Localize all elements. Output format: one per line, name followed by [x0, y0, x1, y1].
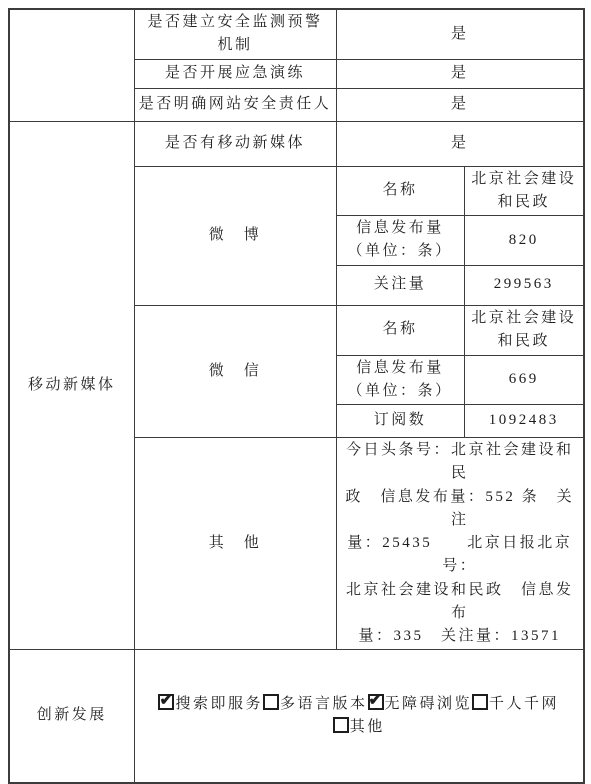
section-label-innovation: 创新发展 [9, 650, 134, 783]
checkbox-icon [263, 694, 279, 710]
checkbox-label: 千人千网 [489, 696, 559, 712]
checkbox-item-personalization: 千人千网 [472, 696, 559, 712]
field-label-wechat-name: 名称 [336, 305, 464, 355]
question-value-has-mobile-media: 是 [336, 121, 584, 166]
field-label-weibo-name: 名称 [336, 166, 464, 216]
field-label-weibo-posts: 信息发布量 （单位：条） [336, 216, 464, 266]
table-row: 创新发展 搜索即服务多语言版本无障碍浏览千人千网其他 [9, 650, 584, 783]
question-label-has-mobile-media: 是否有移动新媒体 [134, 121, 336, 166]
field-label-weibo-followers: 关注量 [336, 265, 464, 305]
field-value-weibo-name: 北京社会建设 和民政 [464, 166, 584, 216]
table-row: 是否建立安全监测预警 机制 是 [9, 9, 584, 59]
checkbox-label: 其他 [350, 719, 385, 735]
field-label-wechat-posts: 信息发布量 （单位：条） [336, 355, 464, 405]
field-value-wechat-name: 北京社会建设 和民政 [464, 305, 584, 355]
checkbox-item-other: 其他 [333, 719, 385, 735]
platform-label-weibo: 微 博 [134, 166, 336, 305]
question-value-security-monitoring: 是 [336, 9, 584, 59]
checkbox-label: 多语言版本 [280, 696, 368, 712]
checkbox-item-accessibility: 无障碍浏览 [368, 696, 473, 712]
annual-report-table: 是否建立安全监测预警 机制 是 是否开展应急演练 是 是否明确网站安全责任人 是… [8, 8, 585, 784]
report-page: 是否建立安全监测预警 机制 是 是否开展应急演练 是 是否明确网站安全责任人 是… [0, 0, 591, 686]
checkbox-icon [472, 694, 488, 710]
field-value-wechat-posts: 669 [464, 355, 584, 405]
field-value-wechat-subscribers: 1092483 [464, 405, 584, 438]
question-label-emergency-drill: 是否开展应急演练 [134, 59, 336, 88]
checkbox-icon [158, 694, 174, 710]
question-value-security-responsible: 是 [336, 88, 584, 121]
section-label-mobile-media: 移动新媒体 [9, 121, 134, 650]
checkbox-label: 无障碍浏览 [385, 696, 473, 712]
checkbox-icon [368, 694, 384, 710]
checkbox-icon [333, 717, 349, 733]
platform-label-wechat: 微 信 [134, 305, 336, 438]
innovation-options: 搜索即服务多语言版本无障碍浏览千人千网其他 [134, 650, 584, 783]
question-label-security-responsible: 是否明确网站安全责任人 [134, 88, 336, 121]
checkbox-label: 搜索即服务 [175, 696, 263, 712]
question-label-security-monitoring: 是否建立安全监测预警 机制 [134, 9, 336, 59]
table-row: 移动新媒体 是否有移动新媒体 是 [9, 121, 584, 166]
question-value-emergency-drill: 是 [336, 59, 584, 88]
section-cell-empty [9, 9, 134, 121]
checkbox-item-search-service: 搜索即服务 [158, 696, 263, 712]
field-value-weibo-followers: 299563 [464, 265, 584, 305]
checkbox-item-multilingual: 多语言版本 [263, 696, 368, 712]
platform-label-other: 其 他 [134, 438, 336, 650]
field-value-other-media: 今日头条号：北京社会建设和民 政 信息发布量：552 条 关注 量：25435 … [336, 438, 584, 650]
field-label-wechat-subscribers: 订阅数 [336, 405, 464, 438]
field-value-weibo-posts: 820 [464, 216, 584, 266]
